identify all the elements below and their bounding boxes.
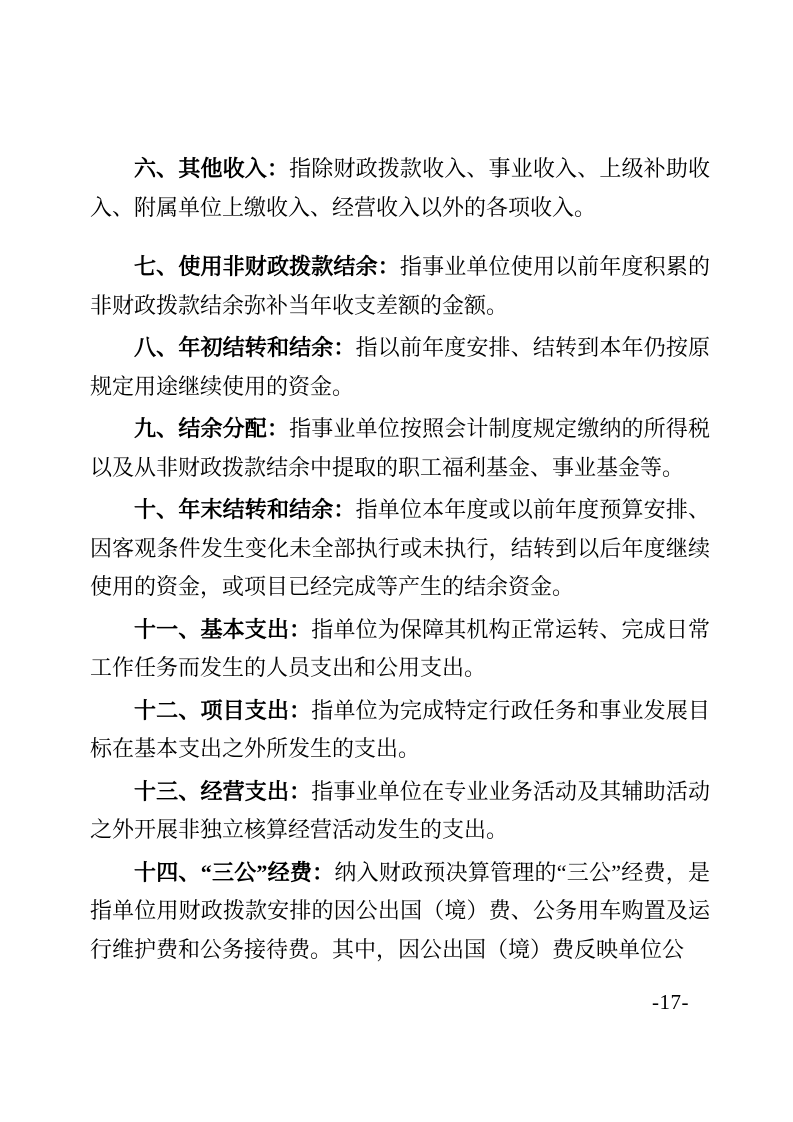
term-heading: 十、年末结转和结余： [134, 497, 356, 522]
definition-paragraph: 十二、项目支出：指单位为完成特定行政任务和事业发展目标在基本支出之外所发生的支出… [90, 692, 710, 769]
term-heading: 十一、基本支出： [134, 617, 311, 642]
term-heading: 十四、“三公”经费： [134, 860, 334, 885]
term-heading: 六、其他收入： [134, 156, 289, 181]
term-heading: 八、年初结转和结余： [134, 335, 356, 360]
term-heading: 九、结余分配： [134, 416, 289, 441]
definition-paragraph: 九、结余分配：指事业单位按照会计制度规定缴纳的所得税以及从非财政拨款结余中提取的… [90, 410, 710, 487]
term-heading: 十二、项目支出： [134, 698, 311, 723]
definition-paragraph: 六、其他收入：指除财政拨款收入、事业收入、上级补助收入、附属单位上缴收入、经营收… [90, 150, 710, 227]
definition-paragraph: 十三、经营支出：指事业单位在专业业务活动及其辅助活动之外开展非独立核算经营活动发… [90, 773, 710, 850]
document-page: 六、其他收入：指除财政拨款收入、事业收入、上级补助收入、附属单位上缴收入、经营收… [0, 0, 793, 1122]
definition-paragraph: 十、年末结转和结余：指单位本年度或以前年度预算安排、因客观条件发生变化未全部执行… [90, 491, 710, 607]
definition-paragraph: 八、年初结转和结余：指以前年度安排、结转到本年仍按原规定用途继续使用的资金。 [90, 329, 710, 406]
term-heading: 七、使用非财政拨款结余： [134, 254, 400, 279]
term-heading: 十三、经营支出： [134, 779, 311, 804]
page-number: -17- [652, 991, 689, 1013]
definition-paragraph: 十一、基本支出：指单位为保障其机构正常运转、完成日常工作任务而发生的人员支出和公… [90, 611, 710, 688]
document-body: 六、其他收入：指除财政拨款收入、事业收入、上级补助收入、附属单位上缴收入、经营收… [90, 150, 710, 969]
definition-paragraph: 七、使用非财政拨款结余：指事业单位使用以前年度积累的非财政拨款结余弥补当年收支差… [90, 248, 710, 325]
definition-paragraph: 十四、“三公”经费：纳入财政预决算管理的“三公”经费，是指单位用财政拨款安排的因… [90, 854, 710, 970]
